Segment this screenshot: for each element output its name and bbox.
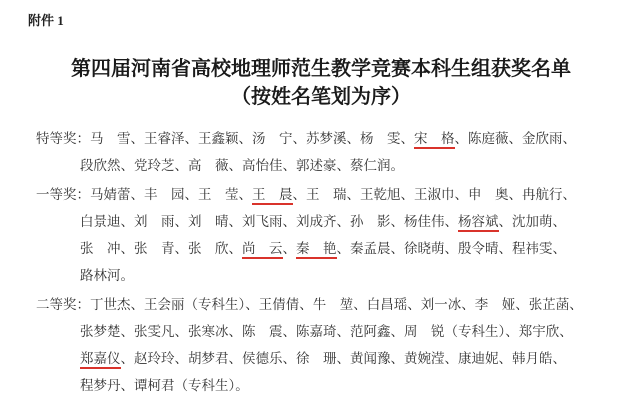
names-line: 张 冲、张 青、张 欣、尚 云、秦 艳、秦孟晨、徐晓萌、殷令晴、程祎雯、 [80,235,618,262]
award-names: 马 雪、王睿泽、王鑫颖、汤 宁、苏梦溪、杨 雯、宋 格、陈庭薇、金欣雨、段欣然、… [90,125,618,179]
name-underlined: 尚 云 [242,241,283,259]
award-tier-label: 特等奖： [36,125,90,152]
name-text: 段欣然、党玲芝、高 薇、高怡佳、郭述豪、蔡仁润。 [80,158,404,173]
name-text: 程梦丹、谭柯君（专科生）。 [80,378,249,393]
award-block: 二等奖： 丁世杰、王会丽（专科生）、王倩倩、牛 堃、白昌瑶、刘一冰、李 娅、张芷… [36,291,618,399]
name-underlined: 杨容斌 [458,214,499,232]
name-underlined: 王 晨 [252,187,293,205]
names-line: 段欣然、党玲芝、高 薇、高怡佳、郭述豪、蔡仁润。 [80,152,618,179]
title-line1: 第四届河南省高校地理师范生教学竞赛本科生组获奖名单 [71,58,571,80]
award-block: 特等奖： 马 雪、王睿泽、王鑫颖、汤 宁、苏梦溪、杨 雯、宋 格、陈庭薇、金欣雨… [36,125,618,179]
names-line: 郑嘉仪、赵玲玲、胡梦君、侯德乐、徐 珊、黄闻豫、黄婉滢、康迪妮、韩月皓、 [80,345,618,372]
award-tier-label: 二等奖： [36,291,90,318]
name-underlined: 宋 格 [414,131,455,149]
names-line: 张梦楚、张雯凡、张寒冰、陈 震、陈嘉琦、范阿鑫、周 锐（专科生）、郑宇欣、 [80,318,618,345]
award-list: 特等奖： 马 雪、王睿泽、王鑫颖、汤 宁、苏梦溪、杨 雯、宋 格、陈庭薇、金欣雨… [36,125,618,399]
names-line: 程梦丹、谭柯君（专科生）。 [80,372,618,399]
award-tier-label: 一等奖： [36,181,90,208]
document-title: 第四届河南省高校地理师范生教学竞赛本科生组获奖名单 （按姓名笔划为序） [0,55,642,111]
name-text: 、王 瑞、王乾旭、王淑巾、申 奥、冉航行、 [293,187,577,202]
name-text: 路林河。 [80,268,134,283]
name-text: 、沈加萌、 [499,214,567,229]
name-text: 马 雪、王睿泽、王鑫颖、汤 宁、苏梦溪、杨 雯、 [90,131,414,146]
name-underlined: 秦 艳 [296,241,337,259]
name-text: 丁世杰、王会丽（专科生）、王倩倩、牛 堃、白昌瑶、刘一冰、李 娅、张芷菡、 [90,297,583,312]
names-line: 白景迪、刘 雨、刘 晴、刘飞雨、刘成齐、孙 影、杨佳伟、杨容斌、沈加萌、 [80,208,618,235]
name-text: 马婧蕾、丰 园、王 莹、 [90,187,252,202]
name-text: 、赵玲玲、胡梦君、侯德乐、徐 珊、黄闻豫、黄婉滢、康迪妮、韩月皓、 [121,351,567,366]
names-line: 路林河。 [80,262,618,289]
award-names: 丁世杰、王会丽（专科生）、王倩倩、牛 堃、白昌瑶、刘一冰、李 娅、张芷菡、张梦楚… [90,291,618,399]
title-line2: （按姓名笔划为序） [231,86,411,108]
name-text: 、陈庭薇、金欣雨、 [455,131,577,146]
names-line: 丁世杰、王会丽（专科生）、王倩倩、牛 堃、白昌瑶、刘一冰、李 娅、张芷菡、 [90,291,618,318]
name-underlined: 郑嘉仪 [80,351,121,369]
award-block: 一等奖： 马婧蕾、丰 园、王 莹、王 晨、王 瑞、王乾旭、王淑巾、申 奥、冉航行… [36,181,618,289]
name-text: 张 冲、张 青、张 欣、 [80,241,242,256]
attachment-label: 附件 1 [28,10,642,29]
document-page: 附件 1 第四届河南省高校地理师范生教学竞赛本科生组获奖名单 （按姓名笔划为序）… [0,0,642,417]
names-line: 马婧蕾、丰 园、王 莹、王 晨、王 瑞、王乾旭、王淑巾、申 奥、冉航行、 [90,181,618,208]
names-line: 马 雪、王睿泽、王鑫颖、汤 宁、苏梦溪、杨 雯、宋 格、陈庭薇、金欣雨、 [90,125,618,152]
name-text: 白景迪、刘 雨、刘 晴、刘飞雨、刘成齐、孙 影、杨佳伟、 [80,214,458,229]
name-text: 、秦孟晨、徐晓萌、殷令晴、程祎雯、 [337,241,567,256]
name-text: 、 [283,241,297,256]
award-names: 马婧蕾、丰 园、王 莹、王 晨、王 瑞、王乾旭、王淑巾、申 奥、冉航行、白景迪、… [90,181,618,289]
name-text: 张梦楚、张雯凡、张寒冰、陈 震、陈嘉琦、范阿鑫、周 锐（专科生）、郑宇欣、 [80,324,573,339]
